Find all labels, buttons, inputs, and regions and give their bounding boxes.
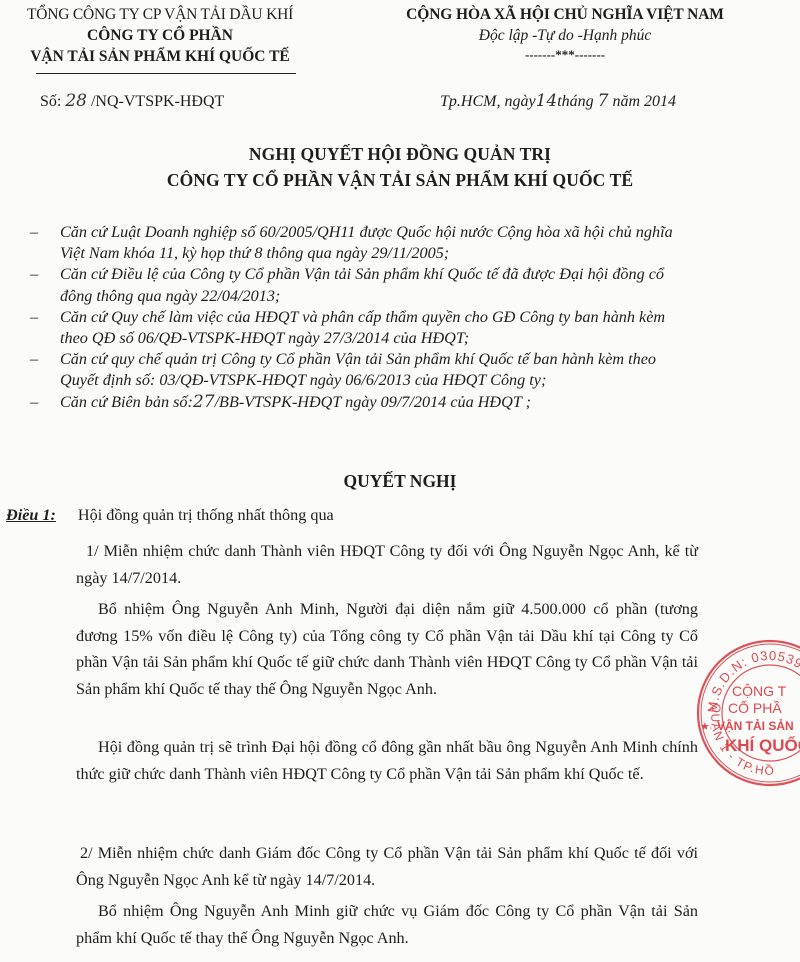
handwritten-minutes-number: 27 <box>193 392 215 412</box>
article-1-heading: Điều 1:Hội đồng quản trị thống nhất thôn… <box>6 506 334 525</box>
svg-text:VẬN TẢI SẢN: VẬN TẢI SẢN <box>717 718 794 733</box>
legal-basis-item: –Căn cứ Quy chế làm việc của HĐQT và phâ… <box>30 307 680 349</box>
svg-text:CỘNG T: CỘNG T <box>732 683 787 699</box>
company-name-line1: CÔNG TY CỔ PHẦN <box>10 25 310 46</box>
company-name-line2: VẬN TẢI SẢN PHẨM KHÍ QUỐC TẾ <box>10 46 310 67</box>
handwritten-number: 28 <box>65 91 87 111</box>
article-1-paragraph: 2/ Miễn nhiệm chức danh Giám đốc Công ty… <box>76 840 698 893</box>
document-number: Số: 28 /NQ-VTSPK-HĐQT <box>40 91 224 111</box>
article-1-label: Điều 1: <box>6 506 56 524</box>
svg-text:KHÍ QUỐC: KHÍ QUỐC <box>725 735 800 755</box>
issuer-underline <box>36 73 296 74</box>
article-1-paragraph: 1/ Miễn nhiệm chức danh Thành viên HĐQT … <box>76 538 698 591</box>
handwritten-month: 7 <box>598 91 609 111</box>
national-motto: Độc lập -Tự do -Hạnh phúc <box>330 25 800 46</box>
resolution-heading: QUYẾT NGHỊ <box>0 471 800 492</box>
legal-basis-list: –Căn cứ Luật Doanh nghiệp số 60/2005/QH1… <box>30 222 680 413</box>
legal-basis-item: –Căn cứ Luật Doanh nghiệp số 60/2005/QH1… <box>30 222 680 264</box>
nation-name: CỘNG HÒA XÃ HỘI CHỦ NGHĨA VIỆT NAM <box>330 4 800 25</box>
document-title: NGHỊ QUYẾT HỘI ĐỒNG QUẢN TRỊ <box>0 144 800 165</box>
motto-separator: -------***------- <box>330 46 800 64</box>
article-1-paragraph: Bổ nhiệm Ông Nguyễn Anh Minh giữ chức vụ… <box>76 898 698 951</box>
svg-text:CỔ PHẦ: CỔ PHẦ <box>728 699 782 716</box>
article-1-paragraph: Hội đồng quản trị sẽ trình Đại hội đồng … <box>76 734 698 787</box>
parent-org: TỔNG CÔNG TY CP VẬN TẢI DẦU KHÍ <box>10 4 310 25</box>
handwritten-day: 14 <box>536 91 558 111</box>
document-subtitle: CÔNG TY CỔ PHẦN VẬN TẢI SẢN PHẨM KHÍ QUỐ… <box>0 170 800 191</box>
legal-basis-item: –Căn cứ quy chế quản trị Công ty Cổ phần… <box>30 349 680 391</box>
issuer-block: TỔNG CÔNG TY CP VẬN TẢI DẦU KHÍ CÔNG TY … <box>10 4 310 67</box>
company-seal-stamp: M.S.D.N: 03053905 QUẬN 1 - TP.HỒ ★ CỘNG … <box>695 638 800 788</box>
legal-basis-item: –Căn cứ Điều lệ của Công ty Cổ phần Vận … <box>30 264 680 306</box>
issue-date: Tp.HCM, ngày14tháng 7 năm 2014 <box>440 91 676 111</box>
article-1-intro: Hội đồng quản trị thống nhất thông qua <box>78 506 334 524</box>
svg-text:★: ★ <box>700 721 710 733</box>
article-1-paragraph: Bổ nhiệm Ông Nguyễn Anh Minh, Người đại … <box>76 596 698 702</box>
legal-basis-item: –Căn cứ Biên bản số:27/BB-VTSPK-HĐQT ngà… <box>30 392 680 413</box>
national-heading: CỘNG HÒA XÃ HỘI CHỦ NGHĨA VIỆT NAM Độc l… <box>330 4 800 64</box>
